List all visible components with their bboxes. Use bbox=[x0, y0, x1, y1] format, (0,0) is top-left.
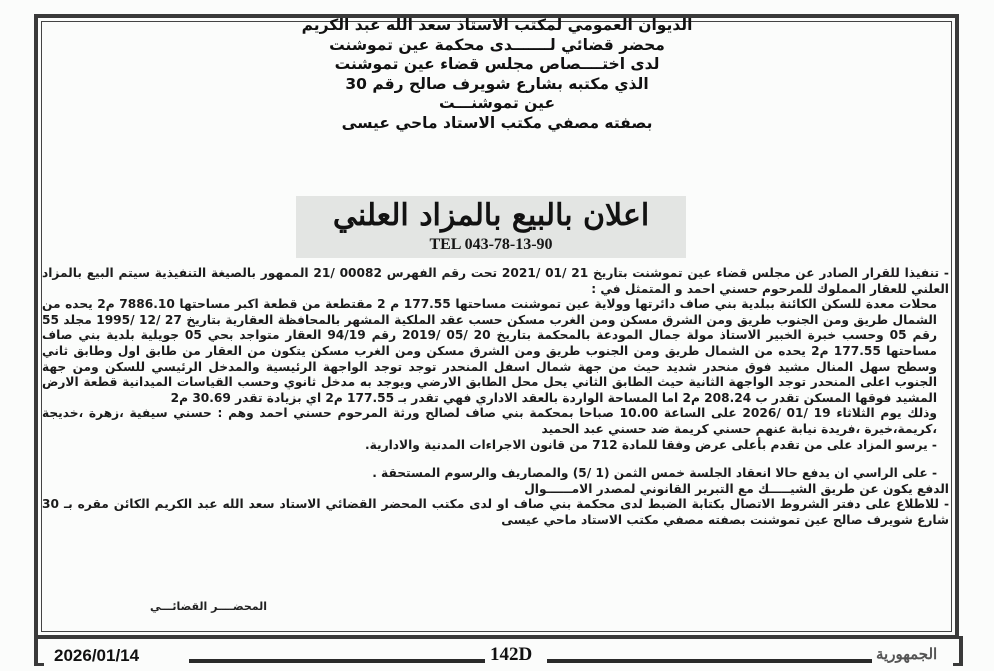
footer-rule-right bbox=[547, 659, 872, 663]
publication-date: 2026/01/14 bbox=[54, 646, 139, 666]
body-payment-terms: - على الراسي ان يدفع حالا انعقاد الجلسة … bbox=[42, 466, 949, 482]
page-footer: 2026/01/14 142D الجمهورية bbox=[34, 644, 964, 668]
notice-title: اعلان بالبيع بالمزاد العلني bbox=[296, 196, 686, 236]
body-conditions-contact: - للاطلاع على دفتر الشروط الاتصال بكتابة… bbox=[42, 497, 949, 528]
body-intro-paragraph: - تنفيذا للقرار الصادر عن مجلس قضاء عين … bbox=[42, 266, 949, 297]
notice-telephone: TEL 043-78-13-90 bbox=[296, 236, 686, 254]
header-office-name: الديوان العمومي لمكتب الاستاذ سعد الله ع… bbox=[0, 16, 994, 36]
body-auction-date-parties: وذلك يوم الثلاثاء 19 /01 /2026 على الساع… bbox=[42, 406, 949, 437]
header-bailiff-court: محضر قضائي لـــــــدى محكمة عين تموشنت bbox=[0, 36, 994, 56]
notice-header: الديوان العمومي لمكتب الاستاذ سعد الله ع… bbox=[0, 16, 994, 133]
body-highest-bid-clause: - يرسو المزاد على من تقدم بأعلى عرض وفقا… bbox=[42, 438, 949, 454]
page-number: 142D bbox=[490, 644, 532, 666]
header-jurisdiction: لدى اختــــصاص مجلس قضاء عين تموشنت bbox=[0, 55, 994, 75]
newspaper-logo: الجمهورية bbox=[876, 645, 937, 663]
header-city: عين تموشنـــت bbox=[0, 94, 994, 114]
footer-rule-left bbox=[189, 659, 485, 663]
header-liquidator: بصفته مصفي مكتب الاستاد ماحي عيسى bbox=[0, 114, 994, 134]
bailiff-signature: المحضــــر القضائـــي bbox=[150, 600, 267, 613]
body-payment-method: الدفع يكون عن طريق الشيـــــك مع التبرير… bbox=[42, 482, 949, 498]
paragraph-spacer bbox=[42, 453, 949, 466]
body-property-description: محلات معدة للسكن الكائنة ببلدية بني صاف … bbox=[42, 297, 949, 406]
notice-body: - تنفيذا للقرار الصادر عن مجلس قضاء عين … bbox=[42, 266, 949, 529]
notice-title-box: اعلان بالبيع بالمزاد العلني TEL 043-78-1… bbox=[296, 196, 686, 258]
header-office-address: الذي مكتبه بشارع شويرف صالح رقم 30 bbox=[0, 75, 994, 95]
